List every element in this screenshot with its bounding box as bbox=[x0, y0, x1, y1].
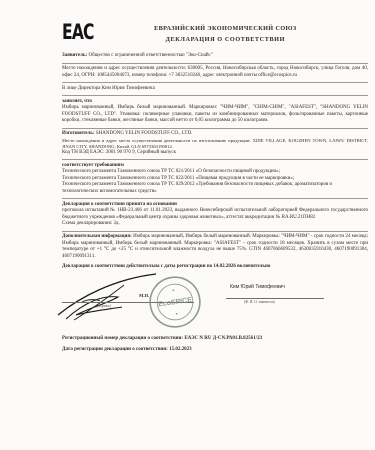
signer-caption: (Ф. И. О. заявителя) bbox=[244, 300, 275, 305]
reg-number-value: ЕАЭС N RU Д-CN.РА01.В.82561/23 bbox=[184, 336, 262, 341]
scanned-declaration-page: EAC ЕВРАЗИЙСКИЙ ЭКОНОМИЧЕСКИЙ СОЮЗ ДЕКЛА… bbox=[0, 0, 375, 450]
applicant-address: Место нахождения и адрес осуществления д… bbox=[62, 66, 368, 79]
reg-date-value: 15.02.2023 bbox=[169, 347, 192, 352]
manufacturer-address: Место нахождения и адрес места осуществл… bbox=[62, 138, 368, 150]
tnved-line: Код ТН ВЭД ЕАЭС: 2001 90 970 9, Серийный… bbox=[62, 150, 368, 157]
product-block: заявляет, что Имбирь маринованный, Имбир… bbox=[62, 99, 368, 125]
applicant-label: Заявитель: bbox=[62, 53, 87, 58]
stamp-text: EcoSPICE bbox=[158, 296, 193, 308]
manufacturer-name: SHANDONG YELIN FOODSTUFF CO., LTD. bbox=[96, 131, 192, 136]
document-titles: ЕВРАЗИЙСКИЙ ЭКОНОМИЧЕСКИЙ СОЮЗ ДЕКЛАРАЦИ… bbox=[101, 22, 368, 44]
divider bbox=[62, 82, 368, 83]
registration-number-line: Регистрационный номер декларации о соотв… bbox=[62, 336, 368, 343]
divider bbox=[62, 128, 368, 129]
additional-info: Дополнительная информация: Имбирь марино… bbox=[62, 234, 368, 260]
signature-block: (подпись) М.П. EcoSPICE Ким Юрий Тимофее… bbox=[62, 275, 368, 331]
requirement-item: Технического регламента Таможенного союз… bbox=[62, 182, 368, 195]
basis-text: протокола испытаний № 1НВ-23.466 от 11.0… bbox=[62, 208, 368, 221]
basis-block: Декларация о соответствии принята на осн… bbox=[62, 202, 368, 228]
signer-rule bbox=[226, 298, 324, 299]
requirements-block: соответствует требованиям Технического р… bbox=[62, 163, 368, 196]
union-name: ЕВРАЗИЙСКИЙ ЭКОНОМИЧЕСКИЙ СОЮЗ bbox=[101, 25, 350, 33]
divider bbox=[62, 63, 368, 64]
additional-label: Дополнительная информация: bbox=[62, 234, 132, 239]
applicant-representative: В лице Директора Ким Юрия Тимофеевича bbox=[62, 86, 368, 93]
signer-name: Ким Юрий Тимофеевич bbox=[230, 284, 285, 291]
registration-date-line: Дата регистрации декларации о соответств… bbox=[62, 347, 368, 354]
divider bbox=[62, 95, 368, 96]
divider bbox=[62, 159, 368, 160]
signature-caption: (подпись) bbox=[96, 304, 111, 309]
product-description: Имбирь маринованный, Имбирь белый марино… bbox=[62, 105, 368, 125]
scheme-line: Схема декларирования: 3д. bbox=[62, 221, 368, 228]
applicant-line: Заявитель: Общество с ограниченной ответ… bbox=[62, 53, 368, 60]
eac-logo: EAC bbox=[62, 22, 94, 43]
manufacturer-block: Изготовитель: SHANDONG YELIN FOODSTUFF C… bbox=[62, 131, 368, 156]
manufacturer-label: Изготовитель: bbox=[62, 131, 95, 136]
ecospice-stamp: EcoSPICE bbox=[145, 271, 206, 332]
divider bbox=[62, 231, 368, 232]
doc-title: ДЕКЛАРАЦИЯ О СООТВЕТСТВИИ bbox=[101, 36, 350, 44]
reg-date-label: Дата регистрации декларации о соответств… bbox=[62, 347, 168, 352]
applicant-name: Общество с ограниченной ответственностью… bbox=[88, 53, 212, 58]
document-header: EAC ЕВРАЗИЙСКИЙ ЭКОНОМИЧЕСКИЙ СОЮЗ ДЕКЛА… bbox=[62, 22, 368, 44]
divider bbox=[62, 198, 368, 199]
reg-number-label: Регистрационный номер декларации о соотв… bbox=[62, 336, 183, 341]
